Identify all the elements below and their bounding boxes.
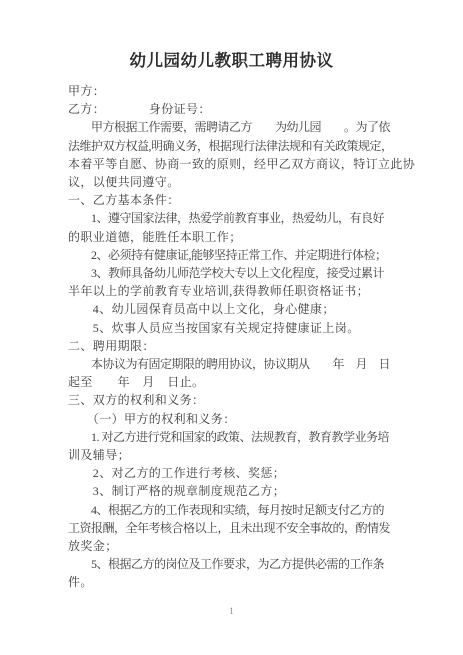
text-line: 放奖金； (68, 537, 406, 555)
text-line: 4、幼儿园保育员高中以上文化，身心健康； (68, 300, 406, 318)
document-title: 幼儿园幼儿教职工聘用协议 (0, 51, 463, 71)
document-body: 甲方： 乙方： 身份证号： 甲方根据工作需要，需聘请乙方 为幼儿园 。为了依 法… (68, 82, 406, 592)
text-line: 的职业道德，能胜任本职工作； (68, 228, 406, 246)
text-line: 半年以上的学前教育专业培训,获得教师任职资格证书； (68, 282, 406, 300)
text-line: 件。 (68, 573, 406, 591)
text-line: 4、根据乙方的工作表现和实绩，每月按时足额支付乙方的 (68, 501, 406, 519)
text-line: 工资报酬，全年考核合格以上，且未出现不安全事故的，酌情发 (68, 519, 406, 537)
text-line: 3、教师具备幼儿师范学校大专以上文化程度，接受过累计 (68, 264, 406, 282)
text-line: 1. 对乙方进行党和国家的政策、法规教育，教育教学业务培 (68, 428, 406, 446)
text-line: 训及辅导； (68, 446, 406, 464)
subsection-heading: （一）甲方的权利和义务： (68, 410, 406, 428)
text-line: 起至 年 月 日止。 (68, 373, 406, 391)
section-2-heading: 二、聘用期限： (68, 337, 406, 355)
text-line: 2、对乙方的工作进行考核、奖惩； (68, 464, 406, 482)
text-line: 甲方根据工作需要，需聘请乙方 为幼儿园 。为了依 (68, 118, 406, 136)
document-page: 幼儿园幼儿教职工聘用协议 甲方： 乙方： 身份证号： 甲方根据工作需要，需聘请乙… (0, 0, 463, 655)
text-line: 3、制订严格的规章制度规范乙方； (68, 482, 406, 500)
page-number: 1 (0, 605, 463, 617)
text-line: 2、必须持有健康证,能够坚持正常工作、并定期进行体检； (68, 246, 406, 264)
line-party-b-id: 乙方： 身份证号： (68, 100, 406, 118)
text-line: 5、根据乙方的岗位及工作要求，为乙方提供必需的工作条 (68, 555, 406, 573)
line-party-a: 甲方： (68, 82, 406, 100)
text-line: 法维护双方权益,明确义务，根据现行法律法规和有关政策规定， (68, 137, 406, 155)
text-line: 本协议为有固定期限的聘用协议，协议期从 年 月 日 (68, 355, 406, 373)
section-3-heading: 三、双方的权利和义务： (68, 391, 406, 409)
text-line: 5、炊事人员应当按国家有关规定持健康证上岗。 (68, 319, 406, 337)
section-1-heading: 一、乙方基本条件： (68, 191, 406, 209)
text-line: 1、遵守国家法律，热爱学前教育事业，热爱幼儿，有良好 (68, 209, 406, 227)
text-line: 议，以便共同遵守。 (68, 173, 406, 191)
text-line: 本着平等自愿、协商一致的原则，经甲乙双方商议，特订立此协 (68, 155, 406, 173)
